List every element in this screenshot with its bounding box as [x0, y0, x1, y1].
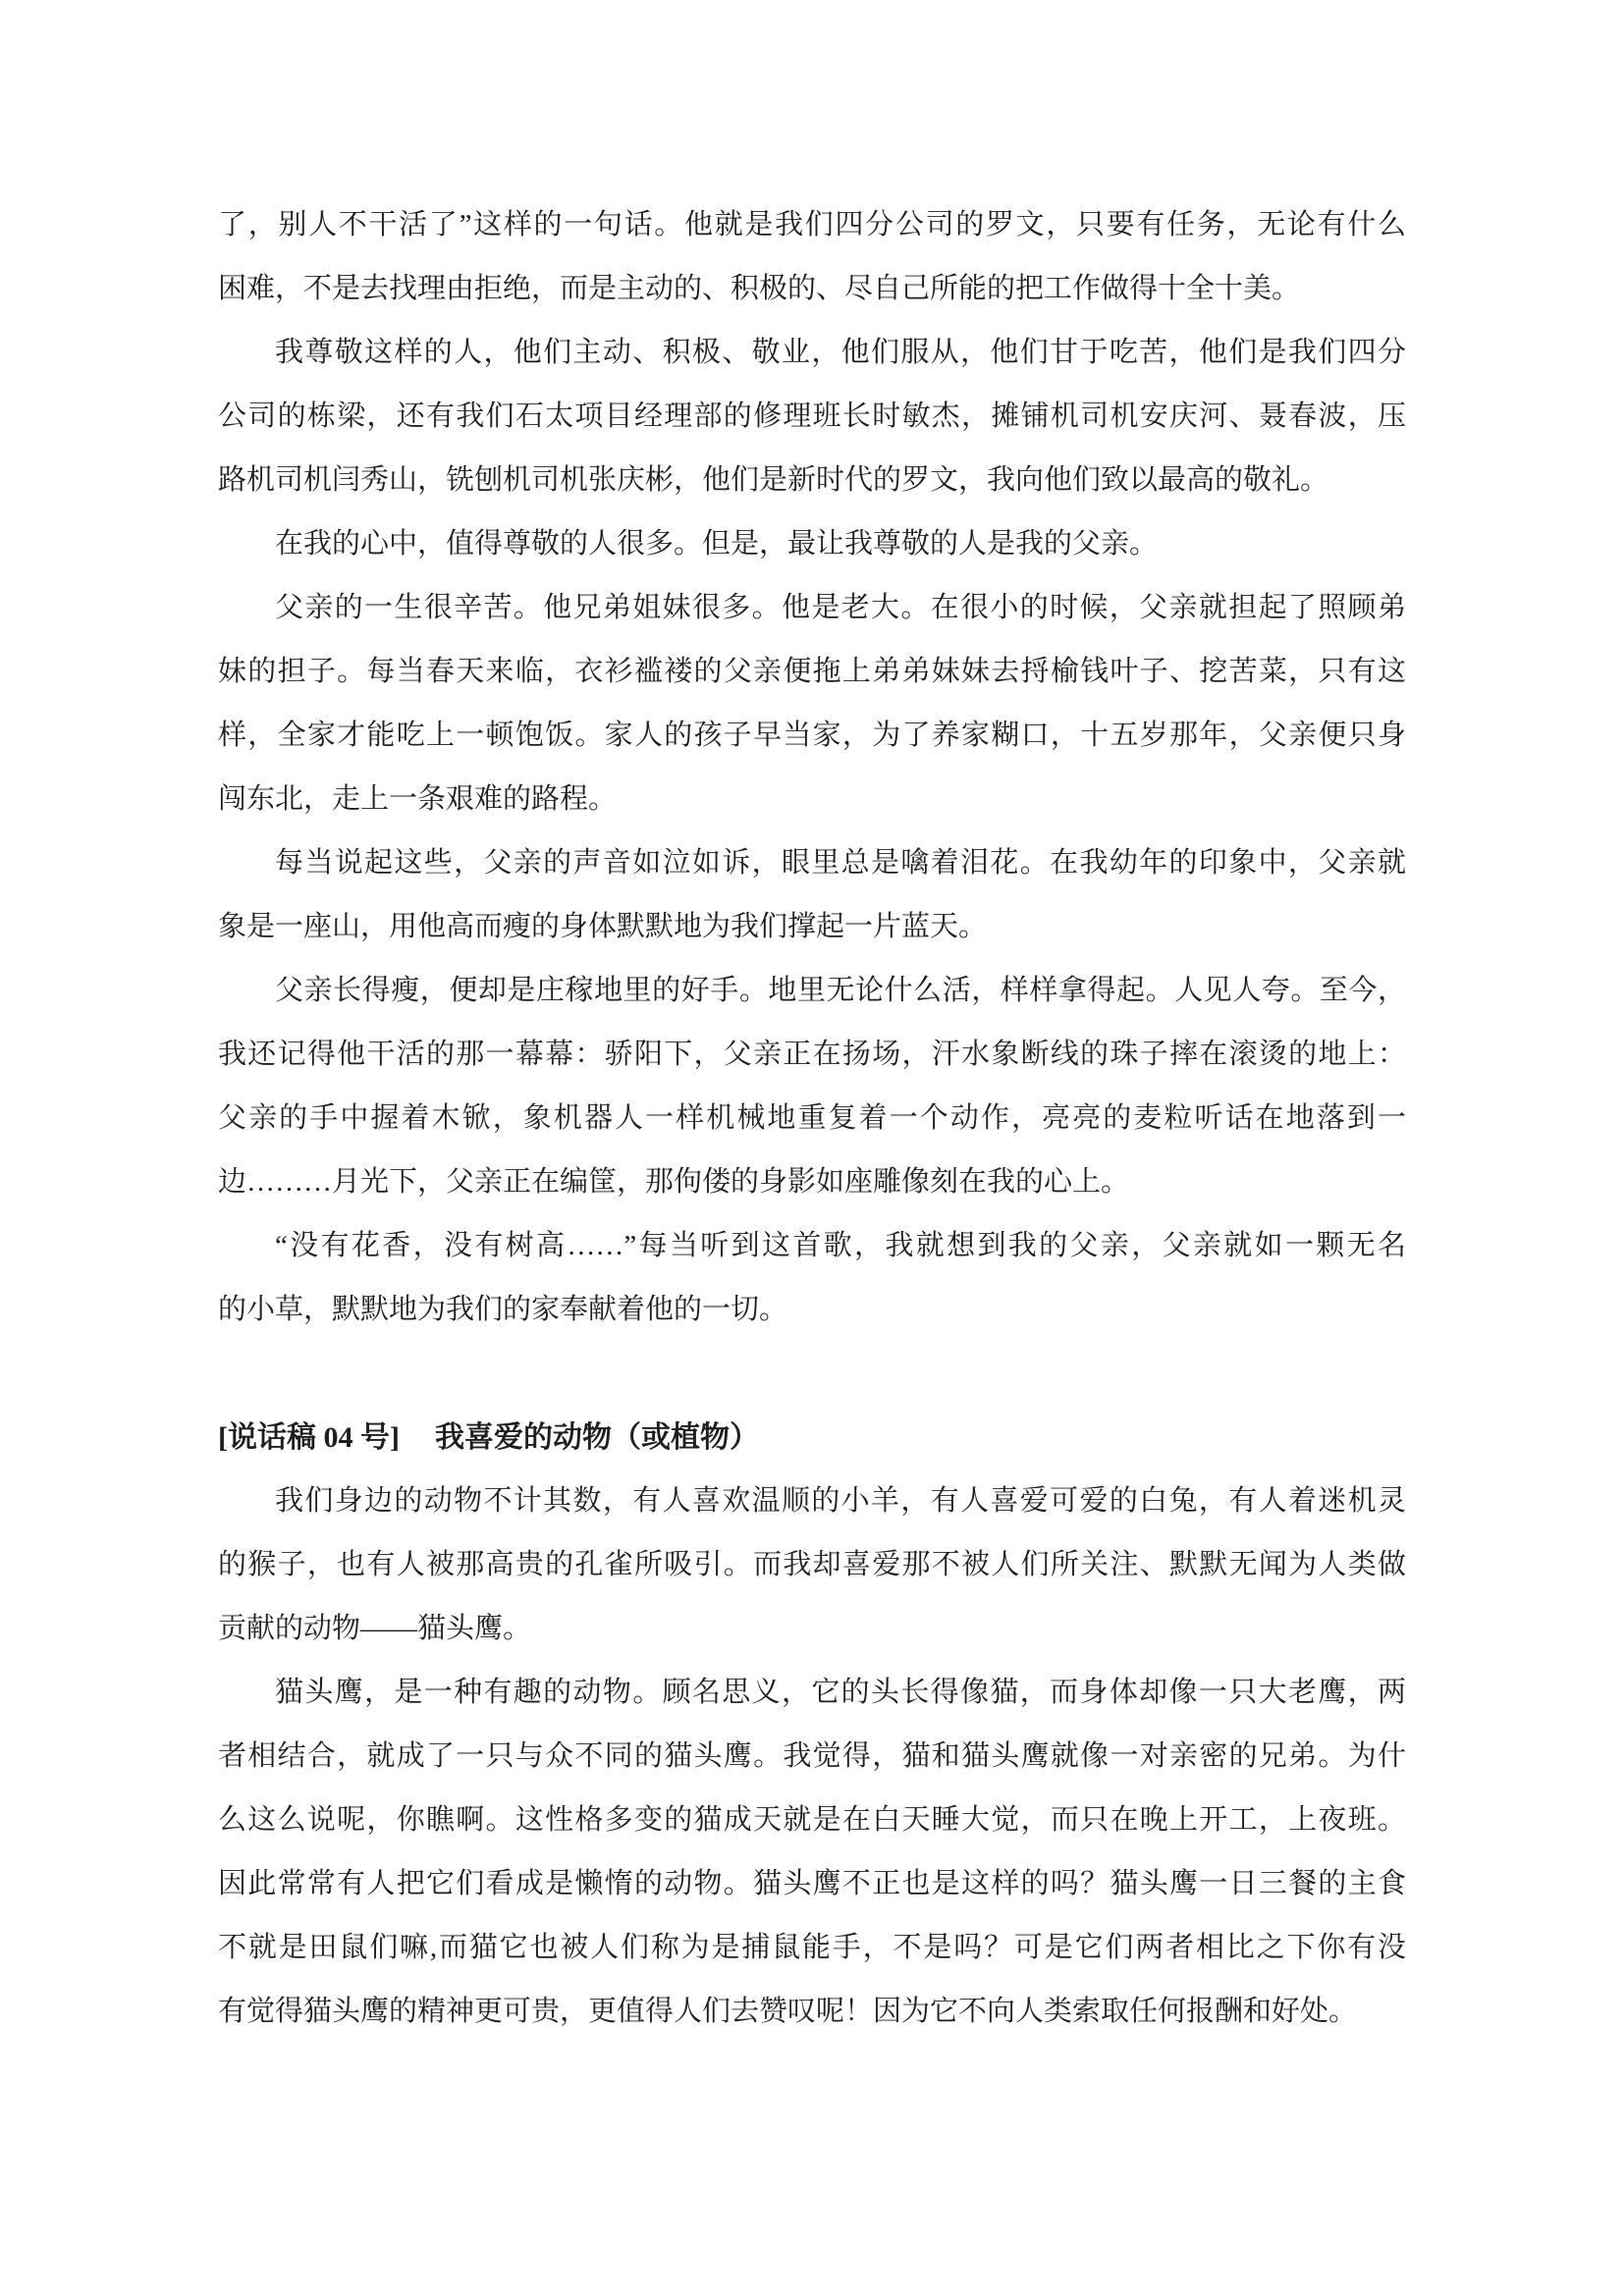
text-line: 的小草，默默地为我们的家奉献着他的一切。 — [218, 1278, 1406, 1342]
text-line: 妹的担子。每当春天来临，衣衫褴褛的父亲便拖上弟弟妹妹去捋榆钱叶子、挖苦菜，只有这 — [218, 640, 1406, 704]
text-line: 父亲长得瘦，便却是庄稼地里的好手。地里无论什么活，样样拿得起。人见人夸。至今， — [218, 959, 1406, 1023]
paragraph: “没有花香，没有树高……”每当听到这首歌，我就想到我的父亲，父亲就如一颗无名的小… — [218, 1214, 1406, 1342]
text-line: 父亲的手中握着木锨，象机器人一样机械地重复着一个动作，亮亮的麦粒听话在地落到一 — [218, 1087, 1406, 1150]
text-line: 么这么说呢，你瞧啊。这性格多变的猫成天就是在白天睡大觉，而只在晚上开工，上夜班。 — [218, 1789, 1406, 1852]
text-line: 样，全家才能吃上一顿饱饭。家人的孩子早当家，为了养家糊口，十五岁那年，父亲便只身 — [218, 704, 1406, 768]
paragraph: 我们身边的动物不计其数，有人喜欢温顺的小羊，有人喜爱可爱的白兔，有人着迷机灵的猴… — [218, 1469, 1406, 1661]
document-content: 了，别人不干活了”这样的一句话。他就是我们四分公司的罗文，只要有任务，无论有什么… — [218, 193, 1406, 2044]
text-line: 了，别人不干活了”这样的一句话。他就是我们四分公司的罗文，只要有任务，无论有什么 — [218, 193, 1406, 257]
paragraph: 猫头鹰，是一种有趣的动物。顾名思义，它的头长得像猫，而身体却像一只大老鹰，两者相… — [218, 1661, 1406, 2044]
text-line: 者相结合，就成了一只与众不同的猫头鹰。我觉得，猫和猫头鹰就像一对亲密的兄弟。为什 — [218, 1725, 1406, 1789]
section-heading-number: [说话稿 04 号] — [218, 1421, 400, 1454]
section-heading-title: 我喜爱的动物（或植物） — [435, 1421, 759, 1454]
text-line: 边………月光下，父亲正在编筐，那佝偻的身影如座雕像刻在我的心上。 — [218, 1150, 1406, 1214]
text-line: 有觉得猫头鹰的精神更可贵，更值得人们去赞叹呢！因为它不向人类索取任何报酬和好处。 — [218, 1980, 1406, 2044]
text-line: 我们身边的动物不计其数，有人喜欢温顺的小羊，有人喜爱可爱的白兔，有人着迷机灵 — [218, 1469, 1406, 1533]
paragraph: 父亲的一生很辛苦。他兄弟姐妹很多。他是老大。在很小的时候，父亲就担起了照顾弟妹的… — [218, 576, 1406, 831]
blank-line — [218, 1342, 1406, 1406]
text-line: 因此常常有人把它们看成是懒惰的动物。猫头鹰不正也是这样的吗？猫头鹰一日三餐的主食 — [218, 1852, 1406, 1916]
text-line: 猫头鹰，是一种有趣的动物。顾名思义，它的头长得像猫，而身体却像一只大老鹰，两 — [218, 1661, 1406, 1725]
paragraph: 每当说起这些，父亲的声音如泣如诉，眼里总是噙着泪花。在我幼年的印象中，父亲就象是… — [218, 831, 1406, 959]
text-line: 不就是田鼠们嘛,而猫它也被人们称为是捕鼠能手，不是吗？可是它们两者相比之下你有没 — [218, 1916, 1406, 1980]
text-line: 在我的心中，值得尊敬的人很多。但是，最让我尊敬的人是我的父亲。 — [218, 512, 1406, 576]
text-line: 困难，不是去找理由拒绝，而是主动的、积极的、尽自己所能的把工作做得十全十美。 — [218, 257, 1406, 321]
text-line: 每当说起这些，父亲的声音如泣如诉，眼里总是噙着泪花。在我幼年的印象中，父亲就 — [218, 831, 1406, 895]
text-line: 路机司机闫秀山，铣刨机司机张庆彬，他们是新时代的罗文，我向他们致以最高的敬礼。 — [218, 449, 1406, 512]
document-page: 了，别人不干活了”这样的一句话。他就是我们四分公司的罗文，只要有任务，无论有什么… — [0, 0, 1624, 2296]
paragraph: 父亲长得瘦，便却是庄稼地里的好手。地里无论什么活，样样拿得起。人见人夸。至今，我… — [218, 959, 1406, 1214]
text-line: 公司的栋梁，还有我们石太项目经理部的修理班长时敏杰，摊铺机司机安庆河、聂春波，压 — [218, 385, 1406, 449]
text-line: 我尊敬这样的人，他们主动、积极、敬业，他们服从，他们甘于吃苦，他们是我们四分 — [218, 321, 1406, 385]
text-line: 的猴子，也有人被那高贵的孔雀所吸引。而我却喜爱那不被人们所关注、默默无闻为人类做 — [218, 1533, 1406, 1597]
text-line: 象是一座山，用他高而瘦的身体默默地为我们撑起一片蓝天。 — [218, 895, 1406, 959]
paragraph: 在我的心中，值得尊敬的人很多。但是，最让我尊敬的人是我的父亲。 — [218, 512, 1406, 576]
paragraph: 了，别人不干活了”这样的一句话。他就是我们四分公司的罗文，只要有任务，无论有什么… — [218, 193, 1406, 321]
section-heading: [说话稿 04 号]我喜爱的动物（或植物） — [218, 1406, 1406, 1469]
text-line: 贡献的动物——猫头鹰。 — [218, 1597, 1406, 1661]
text-line: 我还记得他干活的那一幕幕：骄阳下，父亲正在扬场，汗水象断线的珠子摔在滚烫的地上： — [218, 1023, 1406, 1087]
text-line: 闯东北，走上一条艰难的路程。 — [218, 768, 1406, 831]
text-line: “没有花香，没有树高……”每当听到这首歌，我就想到我的父亲，父亲就如一颗无名 — [218, 1214, 1406, 1278]
paragraph: 我尊敬这样的人，他们主动、积极、敬业，他们服从，他们甘于吃苦，他们是我们四分公司… — [218, 321, 1406, 512]
text-line: 父亲的一生很辛苦。他兄弟姐妹很多。他是老大。在很小的时候，父亲就担起了照顾弟 — [218, 576, 1406, 640]
